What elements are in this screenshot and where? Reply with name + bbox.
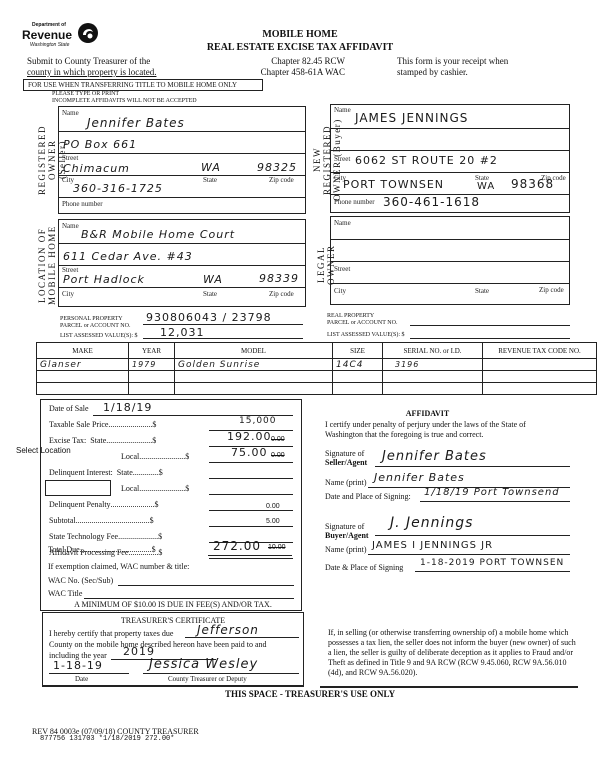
seller-print-name-field[interactable]: Jennifer Bates: [374, 471, 465, 484]
total-due-field[interactable]: 272.00: [213, 539, 261, 553]
seller-city-field[interactable]: Chimacum: [63, 162, 130, 175]
location-state-field[interactable]: WA: [203, 273, 223, 286]
real-assessed-label: LIST ASSESSED VALUE(S): $: [327, 332, 405, 338]
buyer-name-row: Name JAMES JENNINGS: [331, 105, 569, 129]
wac-title-field[interactable]: [84, 589, 294, 599]
subtotal-field: 0.00: [266, 503, 280, 510]
form-title-line1: MOBILE HOME: [180, 28, 420, 41]
total-due-struck: 10.00: [268, 544, 286, 551]
location-city-row: Street Port Hadlock WA 98339: [59, 266, 305, 288]
buyer-city-row: City State Zip code PORT TOWNSEN WA 9836…: [331, 173, 569, 195]
legal-owner-street-row[interactable]: Street: [331, 262, 569, 284]
buyer-street-row: Street 6062 ST ROUTE 20 #2: [331, 151, 569, 173]
buyer-date-label: Date & Place of Signing: [325, 563, 403, 572]
location-select-box[interactable]: [45, 480, 111, 496]
buyer-phone-row: Phone number 360-461-1618: [331, 195, 569, 214]
warning-bottom-rule: [320, 686, 578, 688]
treasurer-signature-field[interactable]: Jessica Wesley: [149, 657, 258, 672]
treasurer-line2: County on the mobile home described here…: [49, 640, 267, 649]
seller-date-place-field[interactable]: 1/18/19 Port Townsend: [424, 487, 560, 498]
transfer-banner: FOR USE WHEN TRANSFERRING TITLE TO MOBIL…: [23, 79, 263, 91]
delinquent-interest-state-field[interactable]: [209, 469, 293, 479]
treasurer-line1: I hereby certify that property taxes due: [49, 629, 173, 638]
seller-street-field[interactable]: PO Box 661: [63, 138, 137, 151]
table-header: MAKE YEAR MODEL SIZE SERIAL NO. or I.D. …: [37, 343, 597, 359]
seller-street-row: PO Box 661: [59, 132, 305, 154]
seller-name-row: Name Jennifer Bates: [59, 107, 305, 132]
total-due-row: Total Due...............................…: [48, 545, 156, 554]
revenue-logo: Department of Revenue Washington State: [22, 20, 102, 56]
location-street-row: 611 Cedar Ave. #43: [59, 244, 305, 266]
treasurer-title: TREASURER'S CERTIFICATE: [43, 616, 303, 625]
seller-name-field[interactable]: Jennifer Bates: [87, 116, 185, 130]
wac-no-label: WAC No. (Sec/Sub): [48, 576, 113, 585]
real-property-label: REAL PROPERTY PARCEL or ACCOUNT NO.: [327, 313, 397, 327]
personal-assessed-field[interactable]: 12,031: [160, 326, 205, 339]
location-name-row: Name B&R Mobile Home Court: [59, 220, 305, 244]
mobile-home-table: MAKE YEAR MODEL SIZE SERIAL NO. or I.D. …: [36, 342, 597, 395]
buyer-phone-field[interactable]: 360-461-1618: [383, 195, 480, 209]
real-assessed-field[interactable]: [410, 330, 570, 339]
delinquent-interest-local-field[interactable]: [209, 485, 293, 495]
buyer-street-field[interactable]: 6062 ST ROUTE 20 #2: [355, 154, 498, 167]
submit-instruction: Submit to County Treasurer of the county…: [27, 56, 156, 78]
date-of-sale-row: Date of Sale: [49, 404, 89, 413]
treasurer-date-label: Date: [75, 675, 88, 683]
excise-state-field[interactable]: 192.00: [227, 430, 272, 443]
minimum-note: A MINIMUM OF $10.00 IS DUE IN FEE(S) AND…: [48, 600, 298, 609]
revenue-swirl-icon: [77, 22, 99, 44]
table-row: [37, 383, 597, 395]
excise-local-field[interactable]: 75.00: [231, 446, 268, 459]
seller-city-row: Street Chimacum WA 98325: [59, 154, 305, 176]
seller-section: Name Jennifer Bates PO Box 661 Street Ch…: [58, 106, 306, 214]
personal-property-label: PERSONAL PROPERTY PARCEL or ACCOUNT NO.: [60, 316, 130, 330]
incomplete-note: INCOMPLETE AFFIDAVITS WILL NOT BE ACCEPT…: [52, 98, 197, 104]
seller-name-label: Name (print): [325, 478, 367, 487]
excise-state-struck: 0.00: [271, 436, 285, 443]
delinquent-penalty-field[interactable]: [209, 501, 293, 511]
buyer-blank-row: [331, 129, 569, 151]
affidavit-title: AFFIDAVIT: [310, 409, 545, 418]
legal-owner-blank-row[interactable]: [331, 240, 569, 262]
buyer-name-field[interactable]: JAMES JENNINGS: [355, 111, 468, 125]
treasurer-use-only: THIS SPACE - TREASURER'S USE ONLY: [225, 689, 395, 699]
buyer-print-name-field[interactable]: JAMES I JENNINGS JR: [372, 540, 493, 551]
seller-phone-field[interactable]: 360-316-1725: [73, 182, 163, 195]
seller-state-field[interactable]: WA: [201, 161, 221, 174]
date-of-sale-field[interactable]: 1/18/19: [103, 401, 152, 414]
treasurer-sig-label: County Treasurer or Deputy: [168, 675, 247, 683]
wac-title-label: WAC Title: [48, 589, 82, 598]
receipt-stamp: 877756 131703 *1/18/2019 272.00*: [40, 735, 174, 743]
buyer-zip-field[interactable]: 98368: [511, 177, 554, 191]
location-zip-field[interactable]: 98339: [259, 272, 299, 285]
seller-date-label: Date and Place of Signing:: [325, 492, 411, 501]
treasurer-certificate: TREASURER'S CERTIFICATE I hereby certify…: [42, 612, 304, 687]
county-field[interactable]: Jefferson: [197, 623, 259, 637]
location-street-field[interactable]: 611 Cedar Ave. #43: [63, 250, 193, 263]
buyer-signature-field[interactable]: J. Jennings: [390, 515, 473, 531]
personal-parcel-field[interactable]: 930806043 / 23798: [146, 311, 272, 324]
tax-lien-warning: If, in selling (or otherwise transferrin…: [328, 628, 578, 678]
logo-state: Washington State: [30, 42, 69, 48]
select-location-label[interactable]: Select Location: [16, 446, 71, 455]
personal-assessed-label: LIST ASSESSED VALUE(S): $: [60, 333, 138, 339]
table-row: [37, 371, 597, 383]
buyer-section: Name JAMES JENNINGS Street 6062 ST ROUTE…: [330, 104, 570, 213]
seller-phone-row: City State Zip code 360-316-1725: [59, 176, 305, 198]
form-title: MOBILE HOME REAL ESTATE EXCISE TAX AFFID…: [180, 28, 420, 54]
buyer-date-place-field[interactable]: 1-18-2019 PORT TOWNSEN: [420, 558, 564, 568]
legal-owner-name-row[interactable]: Name: [331, 217, 569, 240]
buyer-city-field[interactable]: PORT TOWNSEN: [343, 178, 444, 191]
real-parcel-field[interactable]: [410, 315, 570, 326]
chapter-references: Chapter 82.45 RCW Chapter 458-61A WAC: [250, 56, 345, 78]
location-name-field[interactable]: B&R Mobile Home Court: [81, 228, 235, 241]
type-or-print-note: PLEASE TYPE OR PRINT: [52, 91, 119, 97]
affidavit-text: I certify under penalty of perjury under…: [325, 420, 526, 440]
tech-fee-field: 5.00: [266, 518, 280, 525]
seller-zip-field[interactable]: 98325: [257, 161, 297, 174]
table-row: Glanser 1979 Golden Sunrise 14C4 3196: [37, 359, 597, 371]
location-section: Name B&R Mobile Home Court 611 Cedar Ave…: [58, 219, 306, 307]
buyer-state-field[interactable]: WA: [477, 181, 495, 192]
form-title-line2: REAL ESTATE EXCISE TAX AFFIDAVIT: [180, 41, 420, 54]
exemption-label: If exemption claimed, WAC number & title…: [48, 562, 189, 571]
seller-sig-label: Signature of Seller/Agent: [325, 449, 367, 467]
location-side-label: LOCATION OFMOBILE HOME: [37, 225, 57, 305]
receipt-note: This form is your receipt when stamped b…: [397, 56, 508, 78]
taxable-price-field[interactable]: 15,000: [239, 416, 277, 426]
wac-no-field[interactable]: [118, 576, 294, 586]
treasurer-date-field[interactable]: 1-18-19: [53, 659, 103, 672]
seller-signature-field[interactable]: Jennifer Bates: [382, 449, 487, 464]
buyer-sig-label: Signature of Buyer/Agent: [325, 522, 369, 540]
buyer-name-label: Name (print): [325, 545, 367, 554]
logo-name: Revenue: [22, 28, 72, 42]
excise-local-struck: 0.00: [271, 452, 285, 459]
location-city-field[interactable]: Port Hadlock: [63, 273, 145, 286]
legal-owner-section: Name Street City State Zip code: [330, 216, 570, 305]
